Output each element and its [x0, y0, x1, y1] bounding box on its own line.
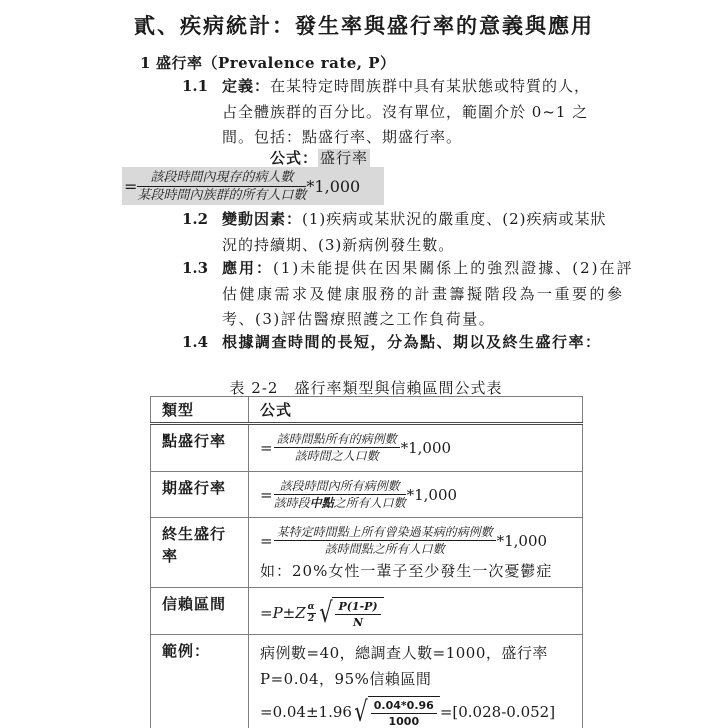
item-1-3-label: 應用： [222, 259, 273, 277]
fraction-numerator: P(1-P) [335, 600, 380, 615]
period-fraction: 該段時間內所有病例數 該時段中點之所有人口數 [274, 479, 406, 510]
item-1-1-line3: 間。包括：點盛行率、期盛行率。 [222, 128, 462, 147]
equals-sign: = [260, 532, 273, 550]
item-1-3-number: 1.3 [182, 259, 208, 277]
period-prevalence-label: 期盛行率 [151, 472, 249, 518]
item-1-1-text: 在某特定時間族群中具有某狀態或特質的人， [270, 77, 590, 95]
item-1-2-label: 變動因素： [222, 210, 302, 228]
item-1-3-line3: 考、(3)評估醫療照護之工作負荷量。 [222, 310, 495, 329]
item-1-1-line2: 占全體族群的百分比。沒有單位，範圍介於 0~1 之 [222, 103, 588, 122]
fraction-denominator: 該時段中點之所有人口數 [274, 495, 406, 510]
fraction-denominator: 該時間點之所有人口數 [274, 541, 496, 556]
multiplier: *1,000 [401, 439, 451, 457]
formula-caption: 公式：盛行率 [270, 149, 370, 168]
radical-sign: √ [354, 698, 367, 726]
section-heading: 盛行率（Prevalence rate, P） [156, 54, 396, 73]
example-line1: 病例數=40，總調查人數=1000，盛行率 [260, 640, 578, 666]
table-row-point: 點盛行率 = 該時間點所有的病例數 該時間之人口數 *1,000 [151, 424, 583, 472]
point-prevalence-label: 點盛行率 [151, 424, 249, 472]
header-formula: 公式 [249, 397, 583, 424]
alpha-half-subscript: α 2 [307, 603, 316, 624]
fraction-denominator: 某段時間內族群的所有人口數 [137, 187, 306, 203]
lifetime-prevalence-label: 終生盛行 率 [151, 518, 249, 588]
item-1-2-line1: 變動因素：(1)疾病或某狀況的嚴重度、(2)疾病或某狀 [222, 210, 607, 229]
table-caption: 表 2-2 盛行率類型與信賴區間公式表 [150, 377, 582, 398]
radical-sign: √ [319, 599, 332, 627]
multiplier: *1,000 [497, 532, 547, 550]
example-line2: P=0.04，95%信賴區間 [260, 666, 578, 692]
fraction-numerator: 某特定時間點上所有曾染過某病的病例數 [274, 525, 496, 541]
example-label: 範例： [151, 635, 249, 728]
lifetime-prevalence-formula-cell: = 某特定時間點上所有曾染過某病的病例數 該時間點之所有人口數 *1,000 如… [249, 518, 583, 588]
square-root: √ 0.04*0.96 1000 [352, 696, 440, 728]
item-1-2-line2: 況的持續期、(3)新病例發生數。 [222, 236, 454, 255]
fraction-denominator: 1000 [371, 714, 437, 728]
period-prevalence-formula-cell: = 該段時間內所有病例數 該時段中點之所有人口數 *1,000 [249, 472, 583, 518]
prevalence-fraction: 該段時間內現存的病人數 某段時間內族群的所有人口數 [137, 170, 306, 203]
item-1-1-line1: 定義：在某特定時間族群中具有某狀態或特質的人， [222, 77, 590, 96]
equals-sign: = [260, 486, 273, 504]
lifetime-label-line2: 率 [162, 545, 244, 567]
den-midpoint-bold: 中點 [310, 496, 334, 510]
page-title: 貳、疾病統計：發生率與盛行率的意義與應用 [0, 10, 728, 40]
square-root: √ P(1-P) N [317, 597, 384, 629]
den-pre: 該時段 [274, 496, 310, 510]
confidence-interval-label: 信賴區間 [151, 588, 249, 635]
formula-caption-label: 公式： [270, 149, 318, 167]
lifetime-fraction: 某特定時間點上所有曾染過某病的病例數 該時間點之所有人口數 [274, 525, 496, 556]
item-1-4-number: 1.4 [182, 333, 208, 351]
example-fraction: 0.04*0.96 1000 [371, 699, 437, 728]
prevalence-table: 類型 公式 點盛行率 = 該時間點所有的病例數 該時間之人口數 *1,000 期… [150, 396, 583, 728]
table-row-lifetime: 終生盛行 率 = 某特定時間點上所有曾染過某病的病例數 該時間點之所有人口數 *… [151, 518, 583, 588]
radicand: P(1-P) N [332, 597, 383, 629]
sub-denominator: 2 [307, 614, 316, 624]
lifetime-label-line1: 終生盛行 [162, 523, 244, 545]
item-1-2-number: 1.2 [182, 210, 208, 228]
example-formula: =0.04±1.96 √ 0.04*0.96 1000 =[0.028-0.05… [260, 696, 578, 728]
item-1-4-label: 根據調查時間的長短，分為點、期以及終生盛行率： [222, 333, 602, 352]
point-fraction: 該時間點所有的病例數 該時間之人口數 [274, 432, 400, 463]
multiplier: *1,000 [306, 177, 360, 196]
formula-term-highlight: 盛行率 [318, 149, 370, 167]
equals-sign: = [260, 439, 273, 457]
ci-prefix: =P±Z [260, 604, 306, 622]
item-1-2-text: (1)疾病或某狀況的嚴重度、(2)疾病或某狀 [302, 210, 607, 228]
prevalence-formula: = 該段時間內現存的病人數 某段時間內族群的所有人口數 *1,000 [122, 167, 384, 205]
den-post: 之所有人口數 [334, 496, 406, 510]
item-1-3-line2: 估健康需求及健康服務的計畫籌擬階段為一重要的參 [222, 285, 625, 304]
confidence-interval-formula-cell: =P±Z α 2 √ P(1-P) N [249, 588, 583, 635]
header-type: 類型 [151, 397, 249, 424]
table-header-row: 類型 公式 [151, 397, 583, 424]
fraction-numerator: 該段時間內所有病例數 [274, 479, 406, 495]
fraction-denominator: N [335, 615, 380, 629]
table-row-ci: 信賴區間 =P±Z α 2 √ P(1-P) N [151, 588, 583, 635]
document-page: 貳、疾病統計：發生率與盛行率的意義與應用 1 盛行率（Prevalence ra… [0, 0, 728, 728]
sub-numerator: α [307, 603, 316, 614]
table-row-period: 期盛行率 = 該段時間內所有病例數 該時段中點之所有人口數 *1,000 [151, 472, 583, 518]
fraction-denominator: 該時間之人口數 [274, 448, 400, 463]
fraction-numerator: 該段時間內現存的病人數 [137, 170, 306, 187]
item-1-3-line1: 應用：(1)未能提供在因果關係上的強烈證據、(2)在評 [222, 259, 634, 278]
table-row-example: 範例： 病例數=40，總調查人數=1000，盛行率 P=0.04，95%信賴區間… [151, 635, 583, 728]
example-cell: 病例數=40，總調查人數=1000，盛行率 P=0.04，95%信賴區間 =0.… [249, 635, 583, 728]
item-1-3-text: (1)未能提供在因果關係上的強烈證據、(2)在評 [273, 259, 634, 277]
radicand: 0.04*0.96 1000 [368, 696, 440, 728]
section-number: 1 [140, 54, 150, 72]
fraction-numerator: 0.04*0.96 [371, 699, 437, 714]
example-result: =[0.028-0.052] [440, 703, 555, 721]
multiplier: *1,000 [407, 486, 457, 504]
fraction-numerator: 該時間點所有的病例數 [274, 432, 400, 448]
equals-sign: = [124, 177, 137, 196]
item-1-1-number: 1.1 [182, 77, 208, 95]
lifetime-example-note: 如：20%女性一輩子至少發生一次憂鬱症 [260, 559, 578, 583]
point-prevalence-formula-cell: = 該時間點所有的病例數 該時間之人口數 *1,000 [249, 424, 583, 472]
item-1-1-label: 定義： [222, 77, 270, 95]
example-prefix: =0.04±1.96 [260, 703, 352, 721]
ci-fraction: P(1-P) N [335, 600, 380, 629]
